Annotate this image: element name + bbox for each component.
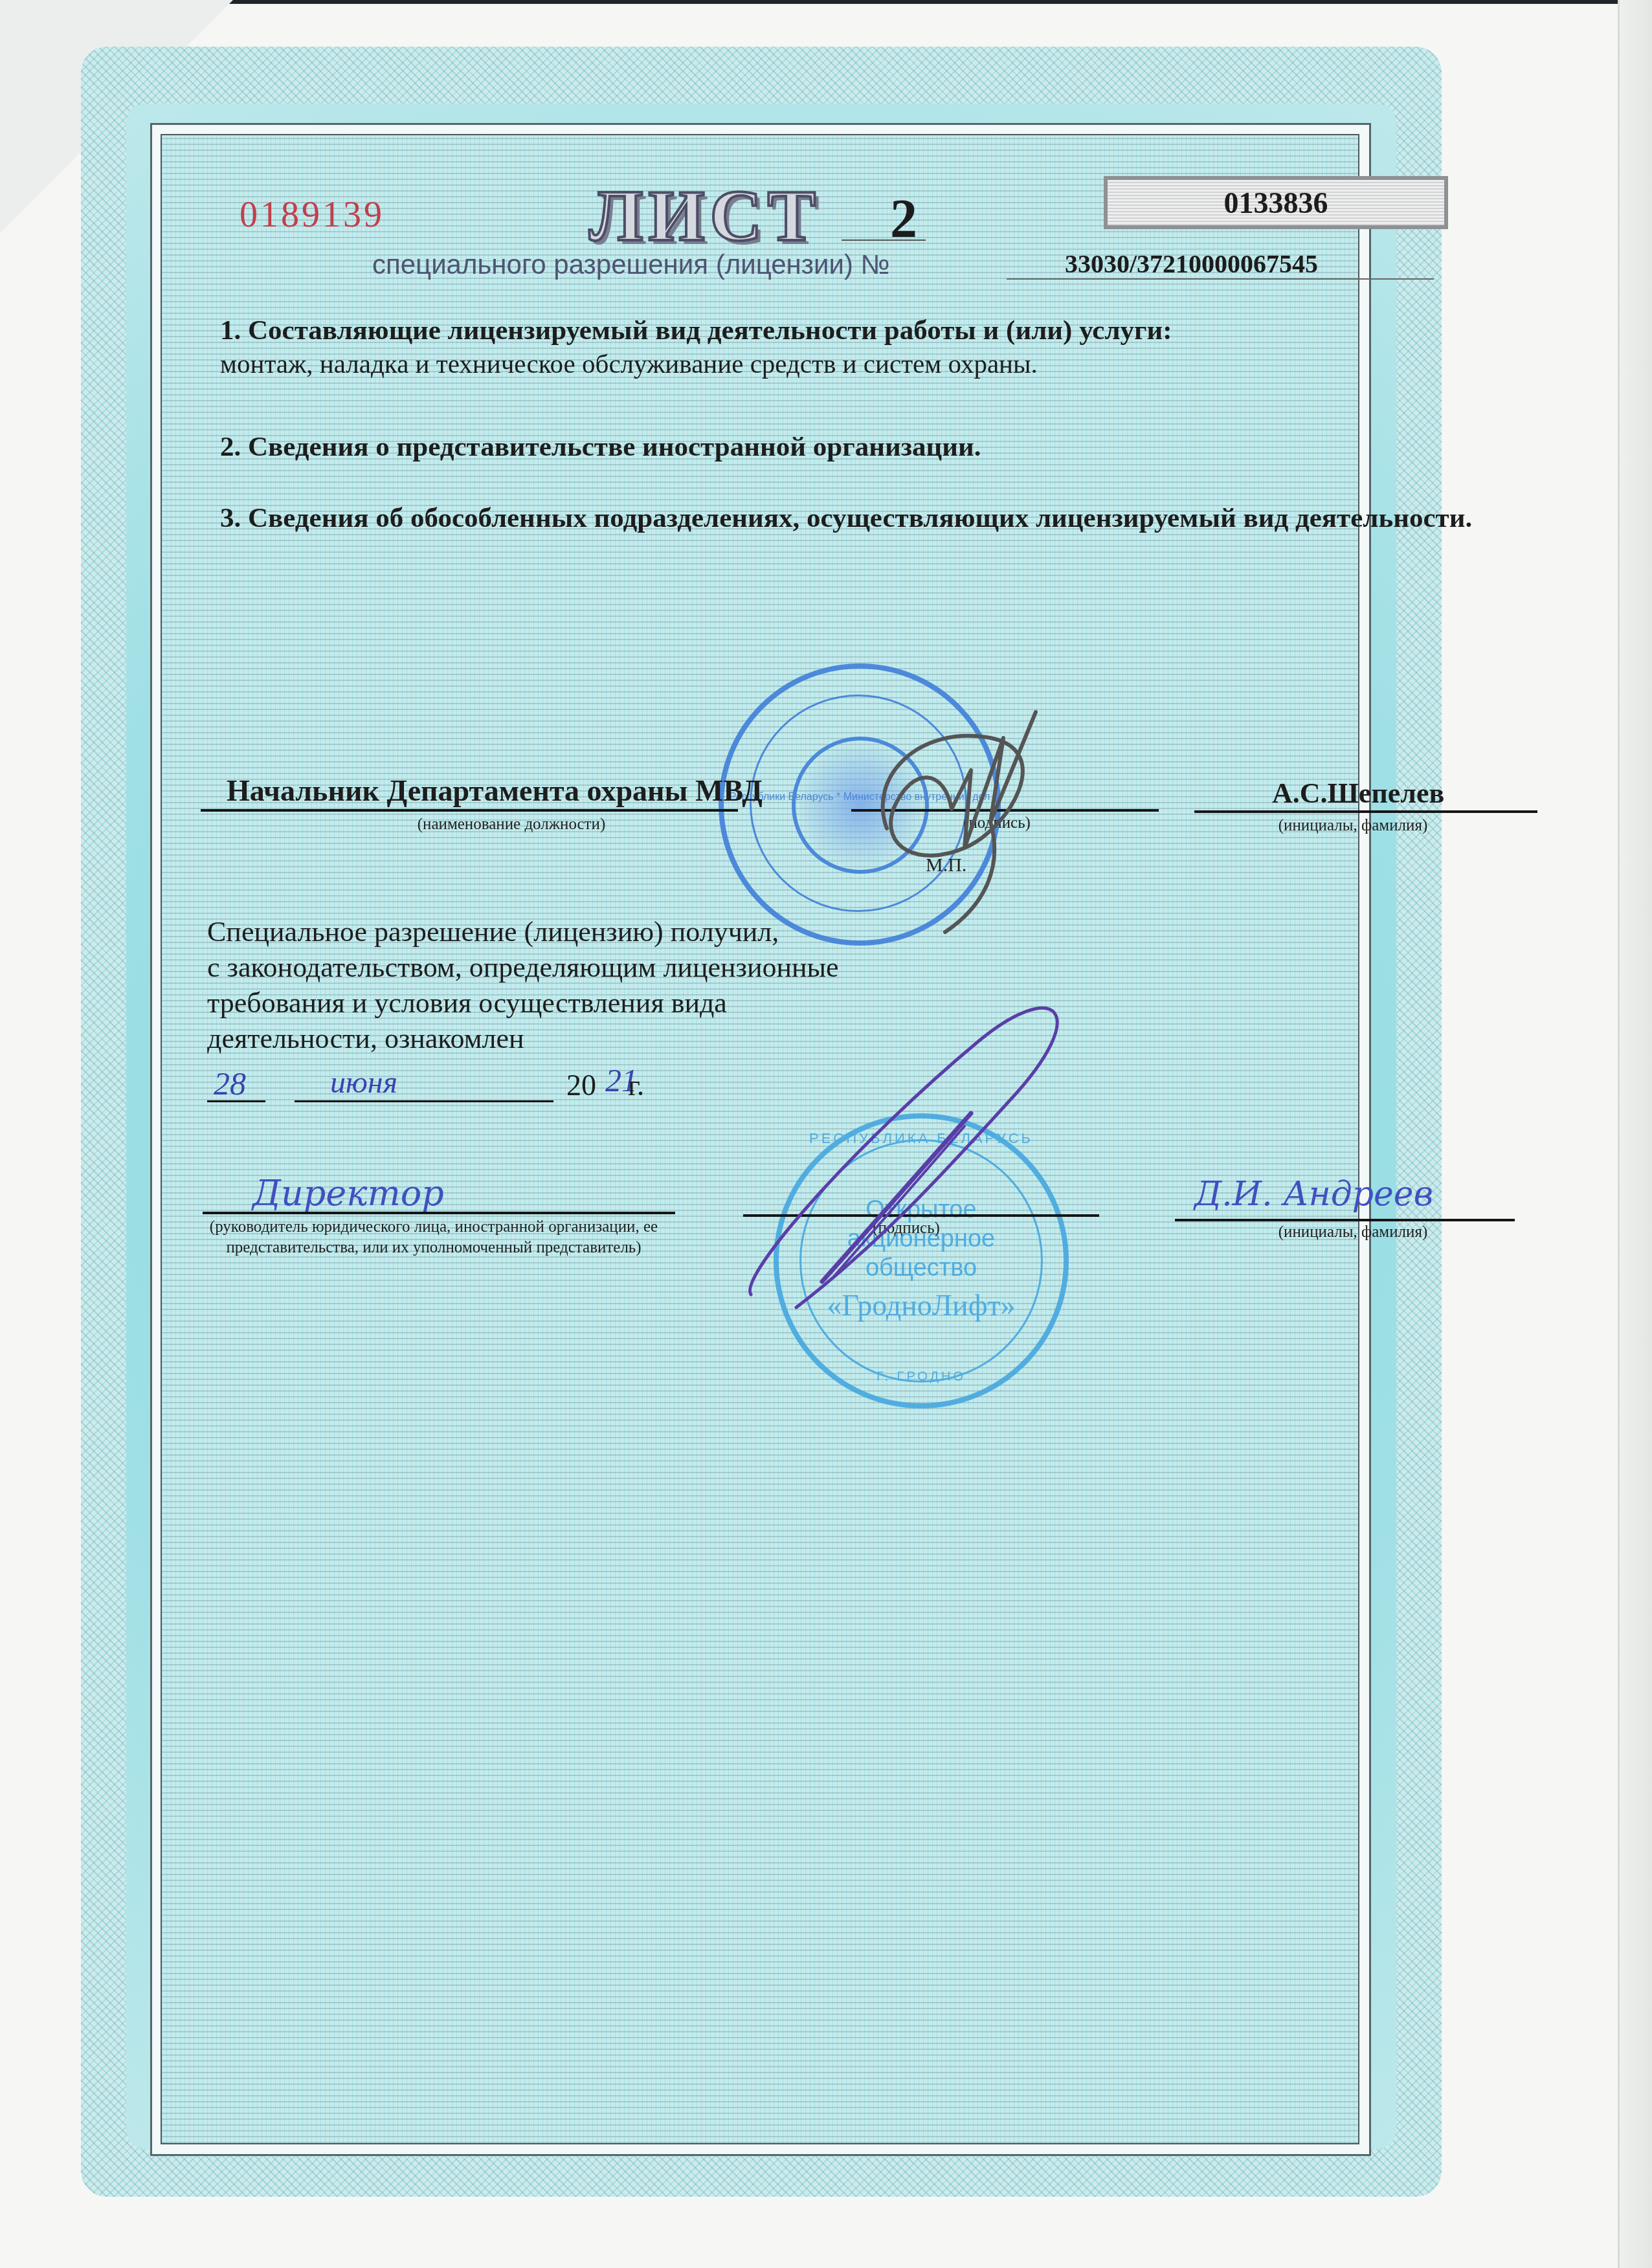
date-month: июня — [330, 1065, 397, 1100]
section-3-heading: 3. Сведения об обособленных подразделени… — [220, 502, 1528, 535]
date-year-prefix: 20 — [566, 1068, 596, 1102]
blank-number: 0133836 — [1224, 186, 1328, 220]
recipient-name-caption: (инициалы, фамилия) — [1249, 1223, 1457, 1241]
scan-edge — [0, 0, 1652, 4]
issuer-position-caption: (наименование должности) — [363, 816, 660, 834]
sheet-heading: ЛИСТ — [589, 175, 821, 258]
sheet-number: 2 — [890, 188, 917, 250]
permit-number: 33030/37210000067545 — [1065, 249, 1318, 279]
issuer-signature — [842, 699, 1113, 939]
date-month-line — [295, 1100, 553, 1102]
issuer-name-line — [1194, 810, 1537, 813]
date-day-line — [207, 1100, 265, 1102]
permit-label: специального разрешения (лицензии) № — [372, 249, 890, 280]
issuer-name-caption: (инициалы, фамилия) — [1249, 817, 1457, 835]
issuer-position: Начальник Департамента охраны МВД — [227, 773, 763, 808]
section-2: 2. Сведения о представительстве иностран… — [220, 430, 1528, 464]
section-1-heading: 1. Составляющие лицензируемый вид деятел… — [220, 314, 1528, 348]
blank-number-box: 0133836 — [1104, 176, 1448, 229]
recipient-position-handwritten: Директор — [252, 1173, 444, 1214]
issuer-name: А.С.Шепелев — [1272, 777, 1444, 810]
section-1-body: монтаж, наладка и техническое обслуживан… — [220, 348, 1528, 380]
serial-number: 0189139 — [240, 194, 385, 236]
issuer-position-line — [201, 809, 738, 812]
date-day: 28 — [214, 1065, 246, 1102]
company-stamp-ring-bottom: Г. ГРОДНО — [779, 1370, 1064, 1384]
recipient-position-caption: (руководитель юридического лица, иностра… — [207, 1217, 660, 1258]
recipient-signature — [731, 971, 1094, 1333]
date-suffix: г. — [628, 1068, 644, 1102]
section-2-heading: 2. Сведения о представительстве иностран… — [220, 430, 1528, 464]
scan-edge-right — [1618, 0, 1652, 2268]
recipient-position-line — [203, 1212, 675, 1214]
recipient-name-handwritten: Д.И. Андреев — [1194, 1175, 1433, 1214]
section-3: 3. Сведения об обособленных подразделени… — [220, 502, 1528, 535]
section-1: 1. Составляющие лицензируемый вид деятел… — [220, 314, 1528, 380]
ack-line-1: Специальное разрешение (лицензию) получи… — [207, 914, 839, 950]
recipient-name-line — [1175, 1219, 1515, 1221]
